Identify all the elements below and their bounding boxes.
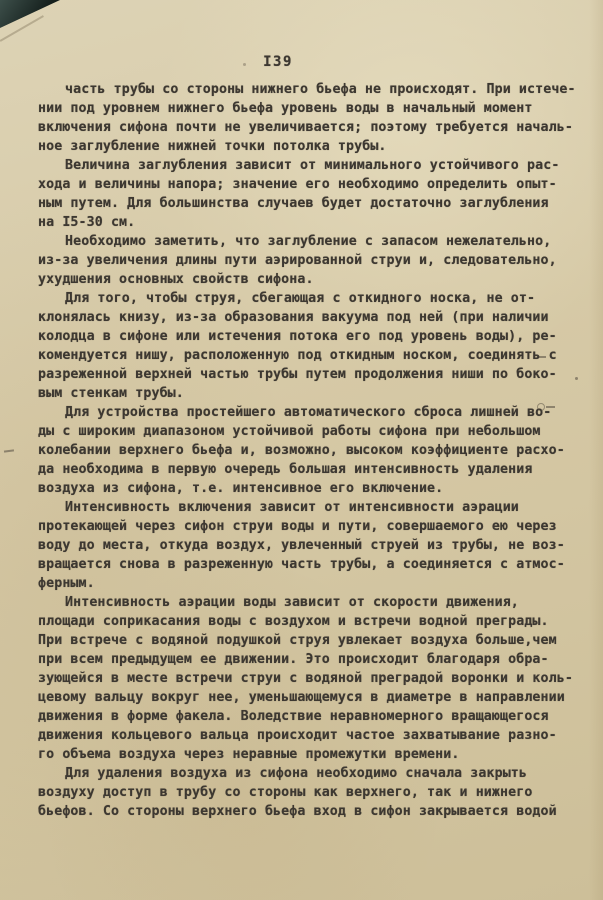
text-line: зующейся в месте встречи струи с водяной… [38, 669, 578, 688]
paragraph: Для устройства простейшего автоматическо… [38, 403, 578, 498]
text-line: воздуху доступ в трубу со стороны как ве… [38, 783, 578, 802]
text-line: ное заглубление нижней точки потолка тру… [38, 137, 578, 156]
text-line: Необходимо заметить, что заглубление с з… [38, 232, 578, 251]
paper-speck [243, 63, 246, 66]
paragraph: Величина заглубления зависит от минималь… [38, 156, 578, 232]
paragraph: Необходимо заметить, что заглубление с з… [38, 232, 578, 289]
text-line: комендуется нишу, расположенную под отки… [38, 346, 578, 365]
scanned-document-page: I39 часть трубы со стороны нижнего бьефа… [0, 0, 603, 900]
text-line: ферным. [38, 574, 578, 593]
text-line: Интенсивность аэрации воды зависит от ск… [38, 593, 578, 612]
text-line: при всем предыдущем ее движении. Это про… [38, 650, 578, 669]
paragraph: Интенсивность аэрации воды зависит от ск… [38, 593, 578, 764]
margin-dot-right [575, 377, 578, 380]
text-line: включения сифона почти не увеличивается;… [38, 118, 578, 137]
text-line: бьефов. Со стороны верхнего бьефа вход в… [38, 802, 578, 821]
text-line: нии под уровнем нижнего бьефа уровень во… [38, 99, 578, 118]
text-line: колодца в сифоне или истечения потока ег… [38, 327, 578, 346]
text-line: Для устройства простейшего автоматическо… [38, 403, 578, 422]
text-line: ухудшения основных свойств сифона. [38, 270, 578, 289]
text-line: площади соприкасания воды с воздухом и в… [38, 612, 578, 631]
text-line: Интенсивность включения зависит от интен… [38, 498, 578, 517]
paragraph: Интенсивность включения зависит от интен… [38, 498, 578, 593]
text-line: разреженной верхней частью трубы путем п… [38, 365, 578, 384]
text-line: движения кольцевого вальца происходит ча… [38, 726, 578, 745]
text-line: движения в форме факела. Воледствие нера… [38, 707, 578, 726]
text-line: ды с широким диапазоном устойчивой работ… [38, 422, 578, 441]
text-line: цевому вальцу вокруг нее, уменьшающемуся… [38, 688, 578, 707]
text-line: При встрече с водяной подушкой струя увл… [38, 631, 578, 650]
paragraph: Для удаления воздуха из сифона необходим… [38, 764, 578, 821]
text-line: протекающей через сифон струи воды и пут… [38, 517, 578, 536]
margin-mark-right [539, 356, 546, 358]
text-line: на I5-30 см. [38, 213, 578, 232]
text-line: колебании верхнего бьефа и, возможно, вы… [38, 441, 578, 460]
text-line: воздуха из сифона, т.е. интенсивное его … [38, 479, 578, 498]
text-line: ным путем. Для большинства случаев будет… [38, 194, 578, 213]
paragraph: Для того, чтобы струя, сбегающая с откид… [38, 289, 578, 403]
text-line: вым стенкам трубы. [38, 384, 578, 403]
page-text: часть трубы со стороны нижнего бьефа не … [38, 80, 578, 821]
text-line: хода и величины напора; значение его нео… [38, 175, 578, 194]
page-number: I39 [38, 54, 518, 70]
text-line: да необходима в первую очередь большая и… [38, 460, 578, 479]
margin-ring-right [537, 403, 545, 411]
paragraph: часть трубы со стороны нижнего бьефа не … [38, 80, 578, 156]
text-line: Величина заглубления зависит от минималь… [38, 156, 578, 175]
text-line: клонялась книзу, из-за образования вакуу… [38, 308, 578, 327]
text-line: Для удаления воздуха из сифона необходим… [38, 764, 578, 783]
margin-pencil-mark-left [4, 449, 14, 453]
text-line: воду до места, откуда воздух, увлеченный… [38, 536, 578, 555]
text-line: из-за увеличения длины пути аэрированной… [38, 251, 578, 270]
text-line: го объема воздуха через неравные промежу… [38, 745, 578, 764]
text-line: вращается снова в разреженную часть труб… [38, 555, 578, 574]
margin-dash-right [546, 406, 555, 408]
text-line: часть трубы со стороны нижнего бьефа не … [38, 80, 578, 99]
text-line: Для того, чтобы струя, сбегающая с откид… [38, 289, 578, 308]
